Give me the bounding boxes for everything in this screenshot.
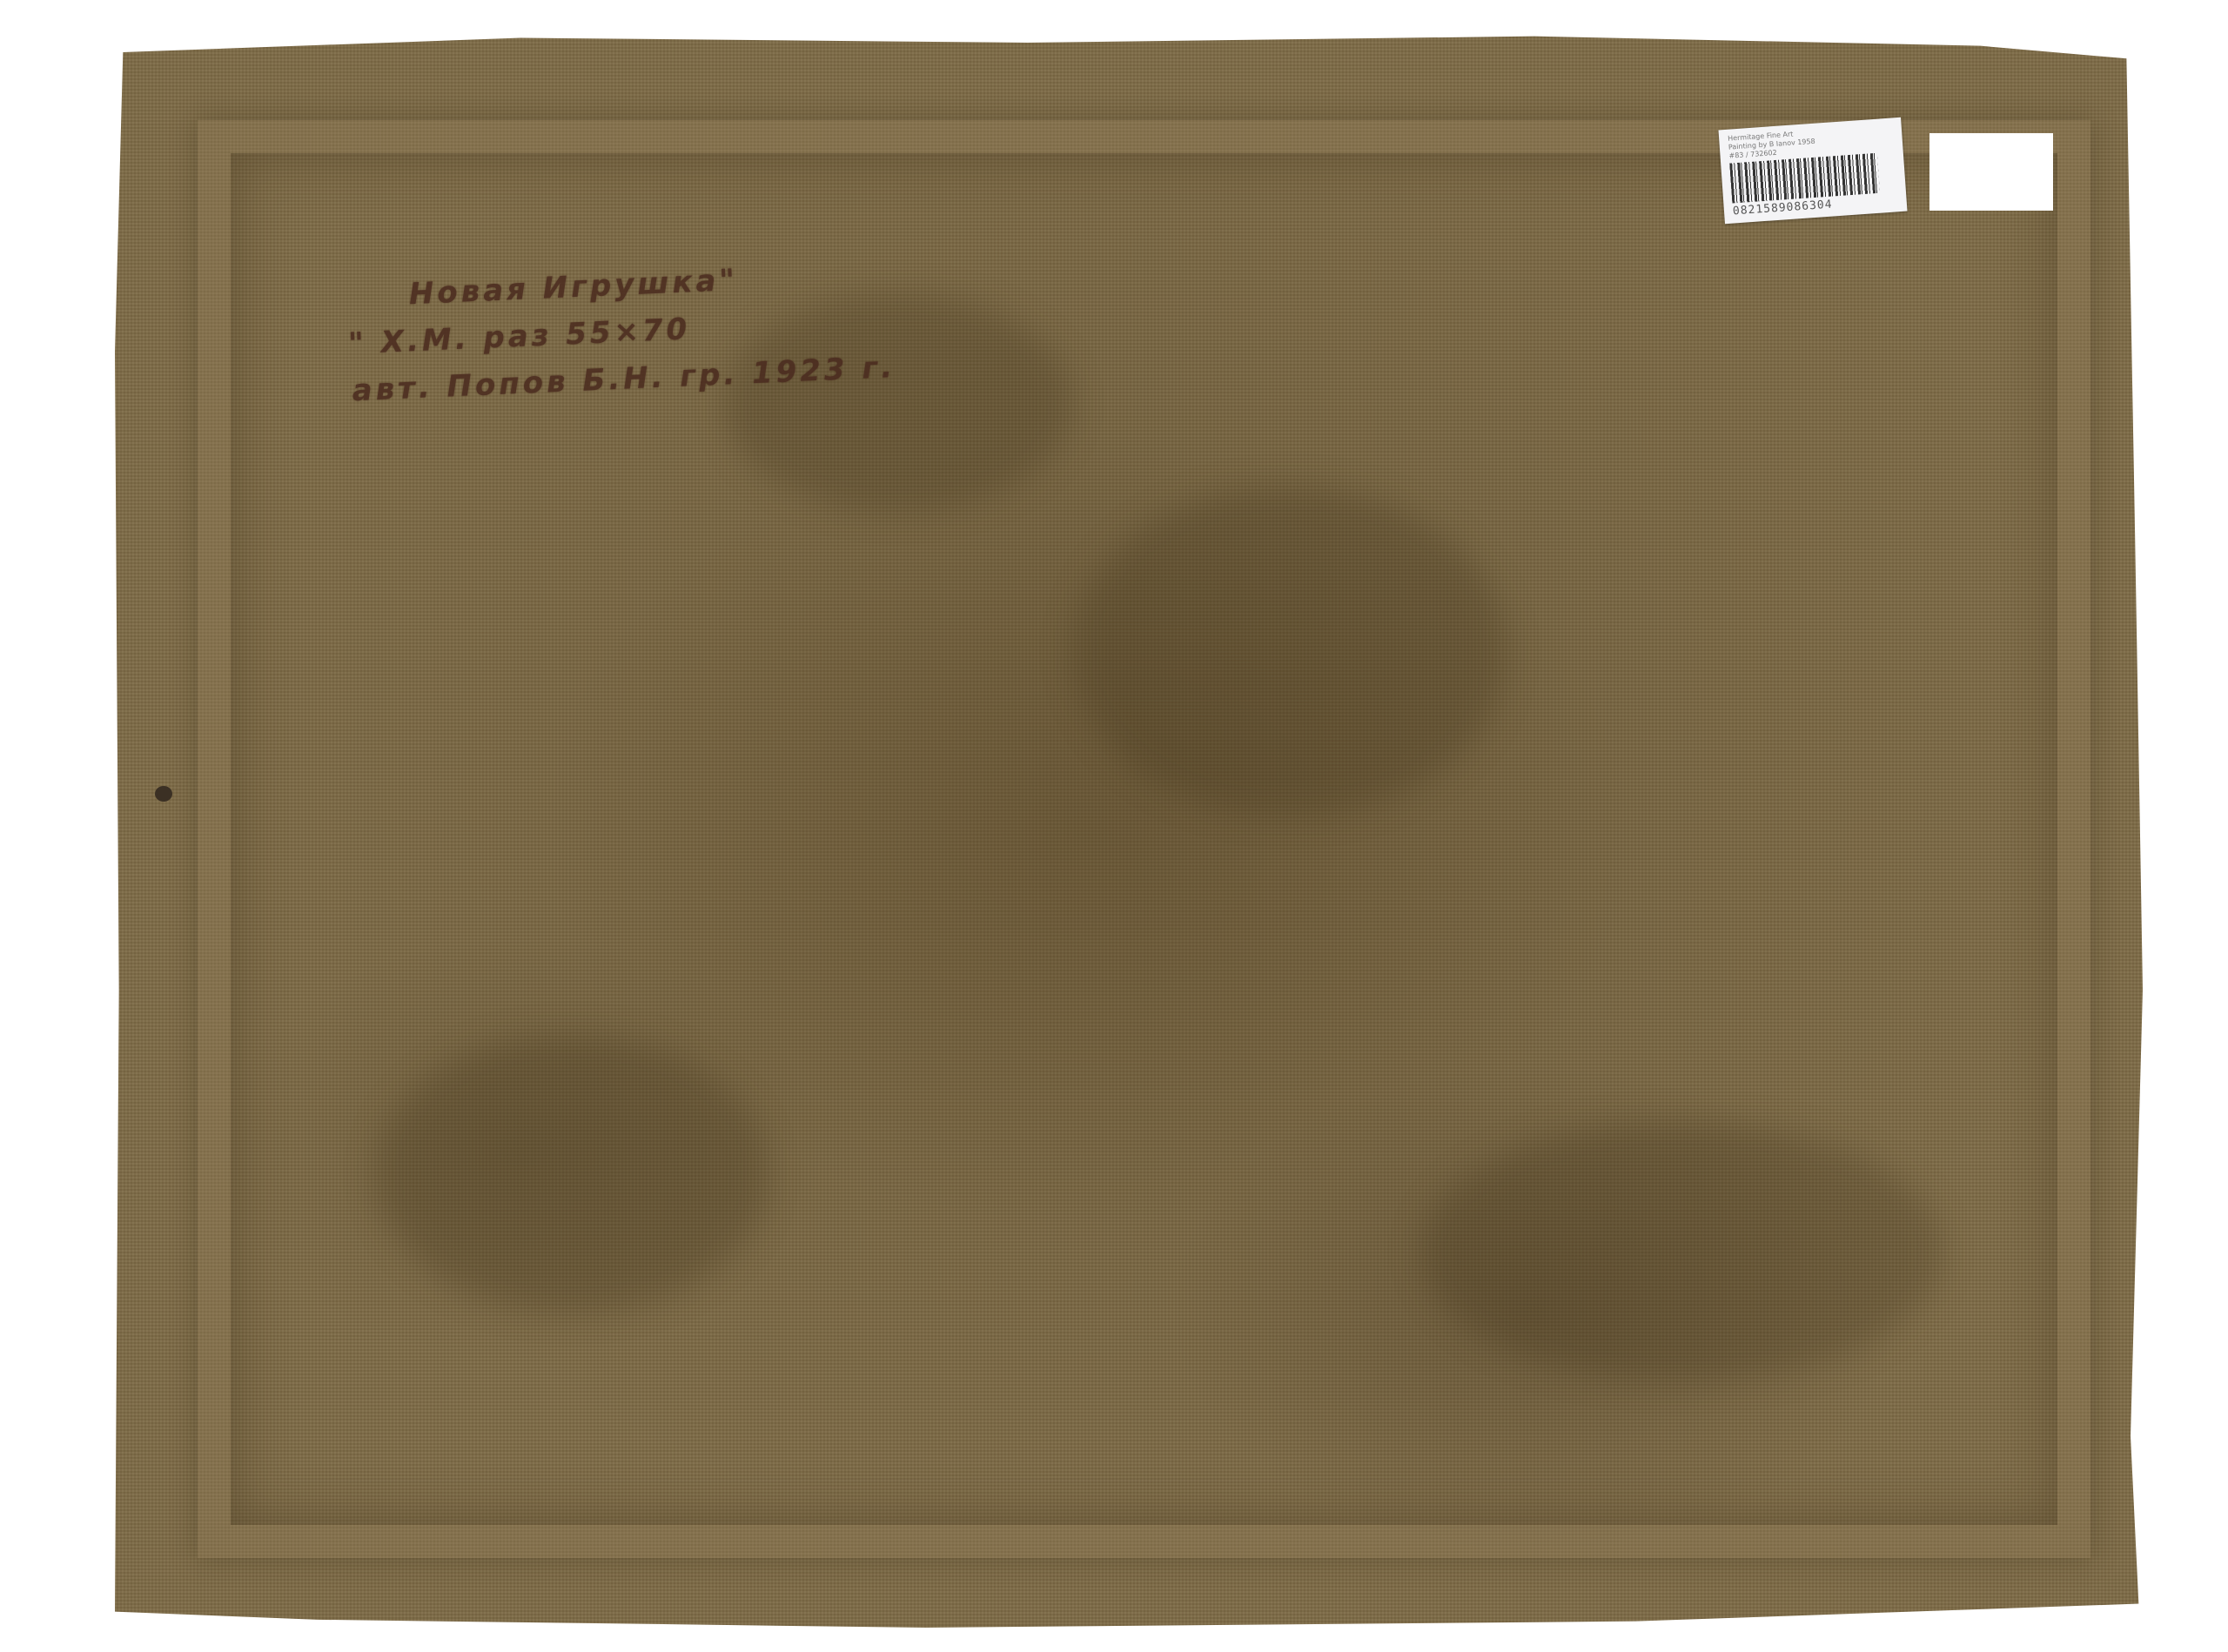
stain — [1420, 1121, 1943, 1382]
barcode-label: Hermitage Fine Art Painting by B Ianov 1… — [1718, 118, 1907, 224]
handwritten-inscription: Новая Игрушка" " Х.М. раз 55×70 авт. Поп… — [328, 248, 943, 415]
nail-hole — [155, 786, 172, 802]
stain — [376, 1034, 768, 1313]
stain — [1072, 486, 1507, 816]
blank-label — [1929, 133, 2053, 211]
